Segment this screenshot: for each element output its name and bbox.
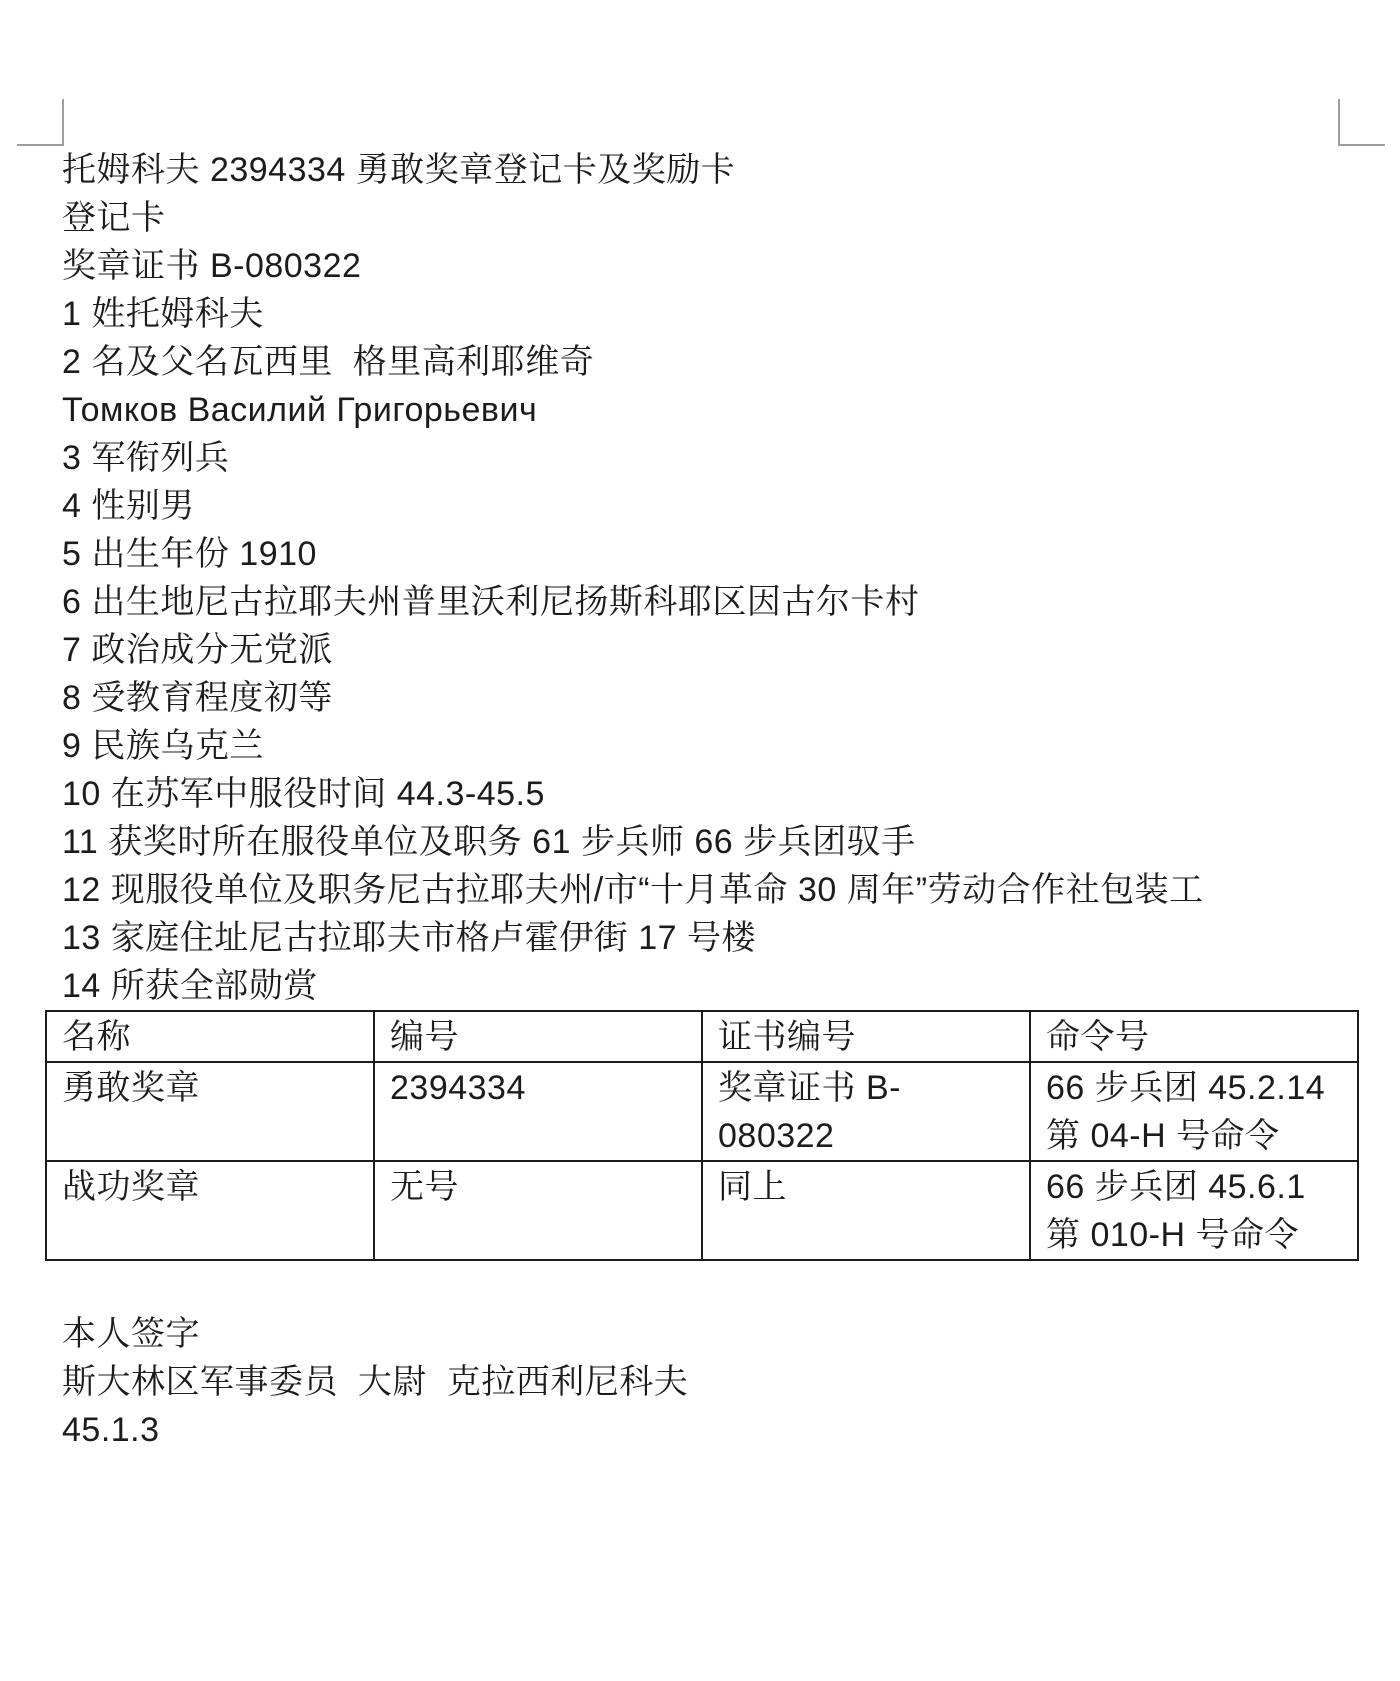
document-page: 托姆科夫 2394334 勇敢奖章登记卡及奖励卡 登记卡 奖章证书 B-0803… [0,0,1400,1681]
commissar-line: 斯大林区军事委员 大尉 克拉西利尼科夫 [62,1358,1347,1406]
awards-table-header-name: 名称 [46,1011,374,1062]
award-number-cell: 2394334 [374,1062,702,1161]
awards-table-header-certificate: 证书编号 [702,1011,1030,1062]
text-boundary-mark-top-right [1338,99,1385,146]
awards-table: 名称 编号 证书编号 命令号 勇敢奖章 2394334 奖章证书 B-08032… [45,1010,1359,1261]
awards-table-row: 战功奖章 无号 同上 66 步兵团 45.6.1 第 010-H 号命令 [46,1161,1358,1260]
field-current-unit: 12 现服役单位及职务尼古拉耶夫州/市“十月革命 30 周年”劳动合作社包装工 [62,866,1347,914]
awards-table-row: 勇敢奖章 2394334 奖章证书 B-080322 66 步兵团 45.2.1… [46,1062,1358,1161]
awards-table-header-row: 名称 编号 证书编号 命令号 [46,1011,1358,1062]
field-gender: 4 性别男 [62,482,1347,530]
title-line: 托姆科夫 2394334 勇敢奖章登记卡及奖励卡 [62,146,1347,194]
award-name-cell: 勇敢奖章 [46,1062,374,1161]
field-nationality: 9 民族乌克兰 [62,722,1347,770]
field-rank: 3 军衔列兵 [62,434,1347,482]
field-service-period: 10 在苏军中服役时间 44.3-45.5 [62,770,1347,818]
award-name-cell: 战功奖章 [46,1161,374,1260]
field-party-affiliation: 7 政治成分无党派 [62,626,1347,674]
award-number-cell: 无号 [374,1161,702,1260]
date-line: 45.1.3 [62,1406,1347,1454]
award-order-cell: 66 步兵团 45.2.14 第 04-H 号命令 [1030,1062,1358,1161]
awards-table-header-order: 命令号 [1030,1011,1358,1062]
field-all-awards: 14 所获全部勋赏 [62,962,1347,1010]
field-birth-year: 5 出生年份 1910 [62,530,1347,578]
signature-label-line: 本人签字 [62,1310,1347,1358]
field-given-name: 2 名及父名瓦西里 格里高利耶维奇 [62,338,1347,386]
document-body: 托姆科夫 2394334 勇敢奖章登记卡及奖励卡 登记卡 奖章证书 B-0803… [62,146,1347,1454]
text-boundary-mark-top-left [17,99,64,146]
card-type-line: 登记卡 [62,194,1347,242]
field-name-russian: Томков Василий Григорьевич [62,386,1347,434]
certificate-number-line: 奖章证书 B-080322 [62,242,1347,290]
field-unit-at-award: 11 获奖时所在服役单位及职务 61 步兵师 66 步兵团驭手 [62,818,1347,866]
field-birth-place: 6 出生地尼古拉耶夫州普里沃利尼扬斯科耶区因古尔卡村 [62,578,1347,626]
spacer [62,1261,1347,1310]
awards-table-header-number: 编号 [374,1011,702,1062]
field-education: 8 受教育程度初等 [62,674,1347,722]
field-home-address: 13 家庭住址尼古拉耶夫市格卢霍伊街 17 号楼 [62,914,1347,962]
field-surname: 1 姓托姆科夫 [62,290,1347,338]
award-order-cell: 66 步兵团 45.6.1 第 010-H 号命令 [1030,1161,1358,1260]
award-certificate-cell: 同上 [702,1161,1030,1260]
award-certificate-cell: 奖章证书 B-080322 [702,1062,1030,1161]
